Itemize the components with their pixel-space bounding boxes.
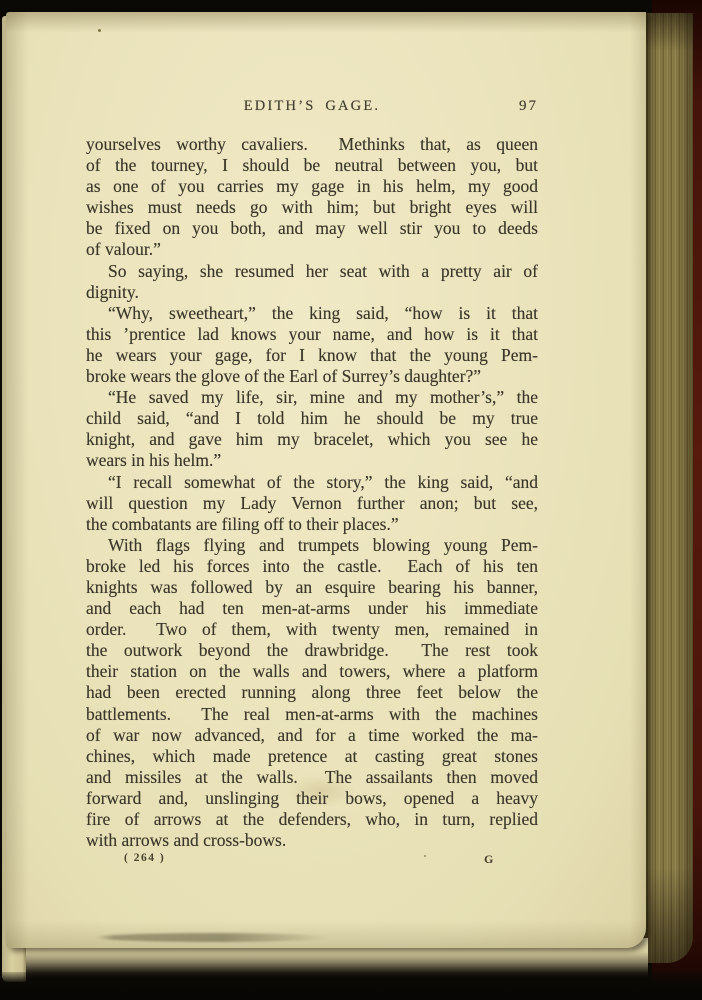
text-line: order. Two of them, with twenty men, rem… (86, 619, 538, 640)
signature-mark-right: G (484, 852, 493, 867)
book-page: EDITH’S GAGE. 97 yourselves worthy caval… (6, 12, 646, 948)
paper-speck (98, 29, 101, 32)
text-line: wears in his helm.” (86, 450, 538, 471)
page-stack-foredge (641, 13, 693, 963)
text-line: With flags flying and trumpets blowing y… (86, 535, 538, 556)
page-text: yourselves worthy cavaliers. Methinks th… (86, 134, 538, 851)
text-line: knight, and gave him my bracelet, which … (86, 429, 538, 450)
text-line: their station on the walls and towers, w… (86, 661, 538, 682)
text-line: will question my Lady Vernon further ano… (86, 493, 538, 514)
text-line: of valour.” (86, 239, 538, 260)
text-line: broke wears the glove of the Earl of Sur… (86, 366, 538, 387)
text-line: child said, “and I told him he should be… (86, 408, 538, 429)
text-line: broke led his forces into the castle. Ea… (86, 556, 538, 577)
text-line: of the tourney, I should be neutral betw… (86, 155, 538, 176)
text-line: the combatants are filing off to their p… (86, 514, 538, 535)
text-line: this ’prentice lad knows your name, and … (86, 324, 538, 345)
text-line: the outwork beyond the drawbridge. The r… (86, 640, 538, 661)
page-footer: ( 264 ) G (86, 852, 538, 868)
text-line: forward and, unslinging their bows, open… (86, 788, 538, 809)
page-number: 97 (468, 98, 538, 115)
page-crease-shadow (95, 933, 330, 942)
book-cover-bottom-edge (0, 972, 702, 1000)
text-line: and missiles at the walls. The assailant… (86, 767, 538, 788)
text-line: fire of arrows at the defenders, who, in… (86, 809, 538, 830)
text-line: wishes must needs go with him; but brigh… (86, 197, 538, 218)
text-line: had been erected running along three fee… (86, 682, 538, 703)
signature-mark-left: ( 264 ) (124, 852, 165, 864)
text-line: So saying, she resumed her seat with a p… (86, 261, 538, 282)
text-line: chines, which made pretence at casting g… (86, 746, 538, 767)
text-line: of war now advanced, and for a time work… (86, 725, 538, 746)
text-line: “I recall somewhat of the story,” the ki… (86, 472, 538, 493)
text-line: dignity. (86, 282, 538, 303)
text-line: be fixed on you both, and may well stir … (86, 218, 538, 239)
text-line: “Why, sweetheart,” the king said, “how i… (86, 303, 538, 324)
text-line: knights was followed by an esquire beari… (86, 577, 538, 598)
text-line: “He saved my life, sir, mine and my moth… (86, 387, 538, 408)
text-line: and each had ten men-at-arms under his i… (86, 598, 538, 619)
text-line: he wears your gage, for I know that the … (86, 345, 538, 366)
text-line: yourselves worthy cavaliers. Methinks th… (86, 134, 538, 155)
text-line: battlements. The real men-at-arms with t… (86, 704, 538, 725)
text-line: with arrows and cross-bows. (86, 830, 538, 851)
text-line: as one of you carries my gage in his hel… (86, 176, 538, 197)
running-head: EDITH’S GAGE. 97 (86, 98, 538, 120)
